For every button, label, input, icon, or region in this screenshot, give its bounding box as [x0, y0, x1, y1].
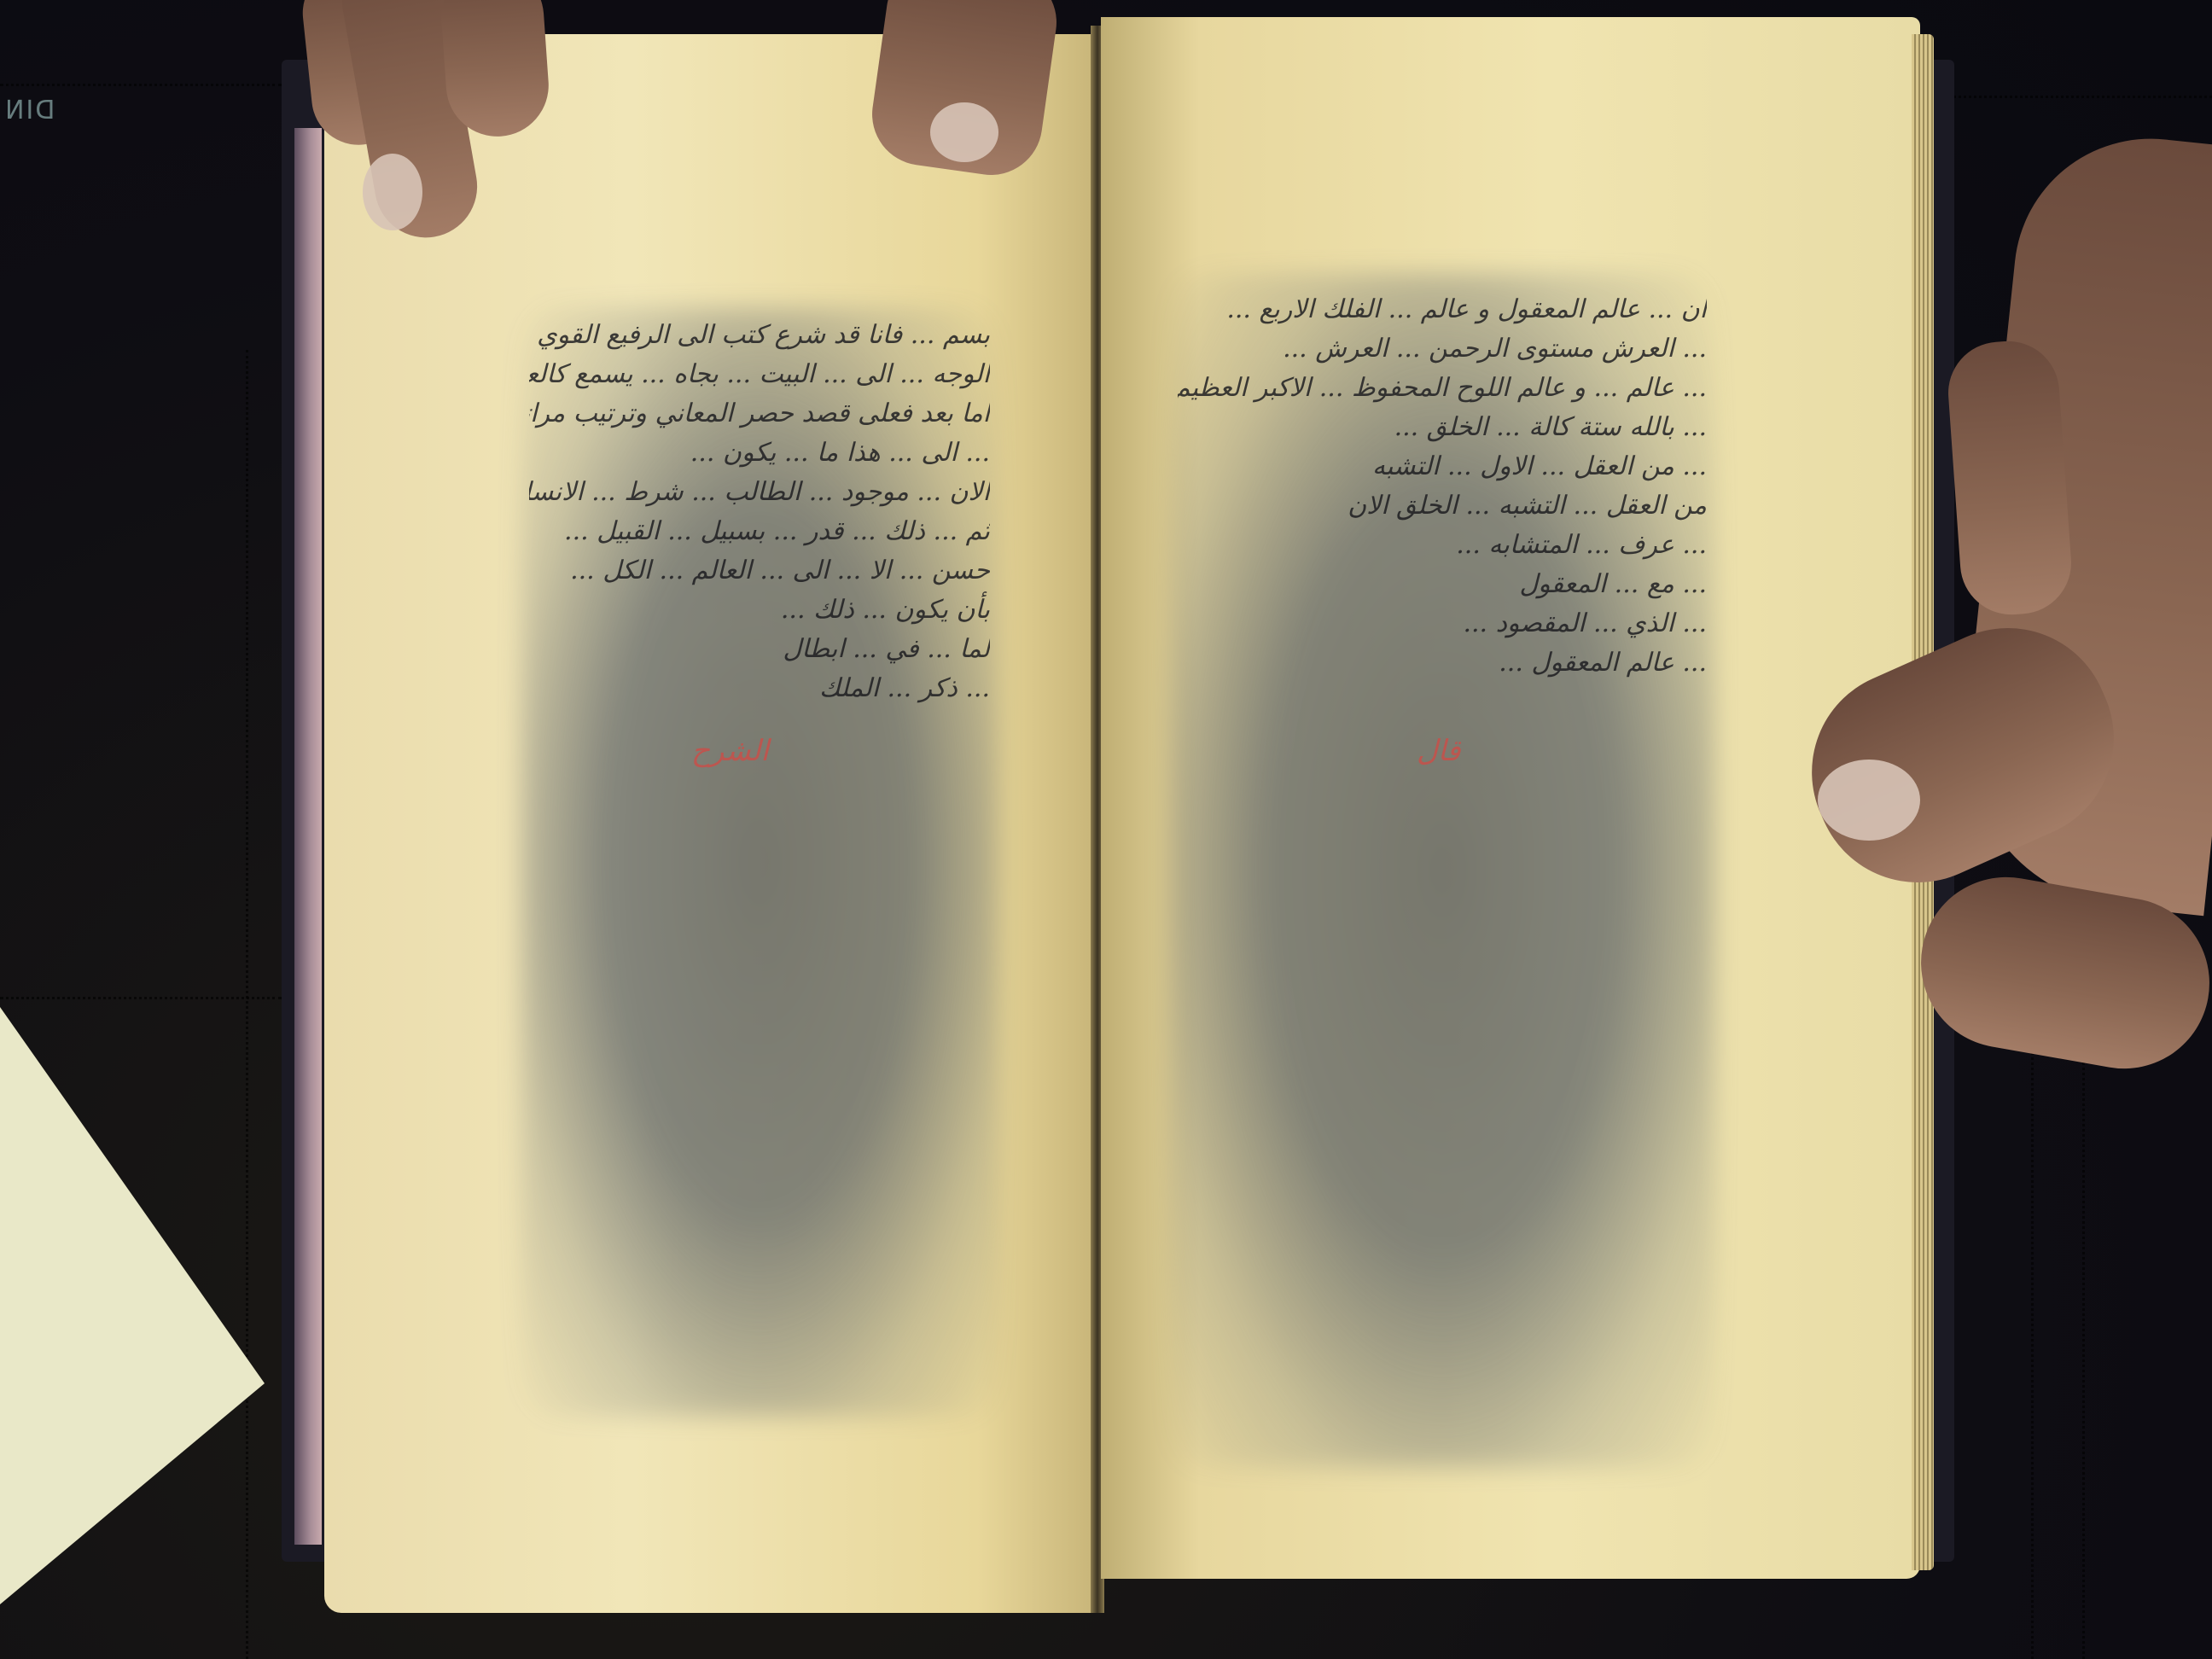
- text-line: ... عالم ... و عالم اللوح المحفوظ ... ال…: [1178, 369, 1707, 408]
- text-line: لما ... في ... ابطال: [529, 630, 990, 669]
- right-page: ان ... عالم المعقول و عالم ... الفلك الا…: [1101, 17, 1920, 1579]
- right-finger: [1945, 338, 2075, 618]
- left-page: بسم ... فانا قد شرع كتب الى الرفيع القوي…: [324, 34, 1092, 1613]
- mat-grid-line: [2031, 956, 2034, 1659]
- text-line: ... ذكر ... الملك: [529, 669, 990, 708]
- text-line: بأن يكون ... ذلك ...: [529, 591, 990, 630]
- text-line: من العقل ... التشبه ... الخلق الان: [1178, 486, 1707, 526]
- fingernail: [363, 154, 422, 230]
- mat-grid-line: [246, 350, 248, 1659]
- text-line: ان ... عالم المعقول و عالم ... الفلك الا…: [1178, 290, 1707, 329]
- text-line: بسم ... فانا قد شرع كتب الى الرفيع القوي…: [529, 316, 990, 355]
- red-rubric: الشرح: [691, 734, 769, 768]
- fingernail: [1818, 760, 1920, 841]
- mat-label: DIN: [3, 96, 55, 125]
- text-line: ... من العقل ... الاول ... التشبه: [1178, 447, 1707, 486]
- text-line: الوجه ... الى ... البيت ... بجاه ... يسم…: [529, 355, 990, 394]
- red-rubric: قال: [1417, 734, 1460, 768]
- text-line: حسن ... الا ... الى ... العالم ... الكل …: [529, 551, 990, 591]
- text-line: ... عالم المعقول ...: [1178, 643, 1707, 683]
- mat-grid-line: [0, 84, 282, 86]
- mat-grid-line: [1937, 96, 2212, 98]
- text-line: اما بعد فعلى قصد حصر المعاني وترتيب مرات…: [529, 394, 990, 434]
- text-line: ... عرف ... المتشابه ...: [1178, 526, 1707, 565]
- book-edge: [294, 128, 322, 1545]
- text-line: الان ... موجود ... الطالب ... شرط ... ال…: [529, 473, 990, 512]
- fingernail: [930, 102, 998, 162]
- right-page-text: ان ... عالم المعقول و عالم ... الفلك الا…: [1178, 290, 1707, 683]
- text-line: ... بالله ستة كالة ... الخلق ...: [1178, 408, 1707, 447]
- text-line: ... مع ... المعقول: [1178, 565, 1707, 604]
- left-page-text: بسم ... فانا قد شرع كتب الى الرفيع القوي…: [529, 316, 990, 708]
- text-line: ... الى ... هذا ما ... يكون ...: [529, 434, 990, 473]
- mat-grid-line: [0, 997, 282, 999]
- text-line: ... الذي ... المقصود ...: [1178, 604, 1707, 643]
- text-line: ثم ... ذلك ... قدر ... بسبيل ... القبيل …: [529, 512, 990, 551]
- text-line: ... العرش مستوى الرحمن ... العرش ...: [1178, 329, 1707, 369]
